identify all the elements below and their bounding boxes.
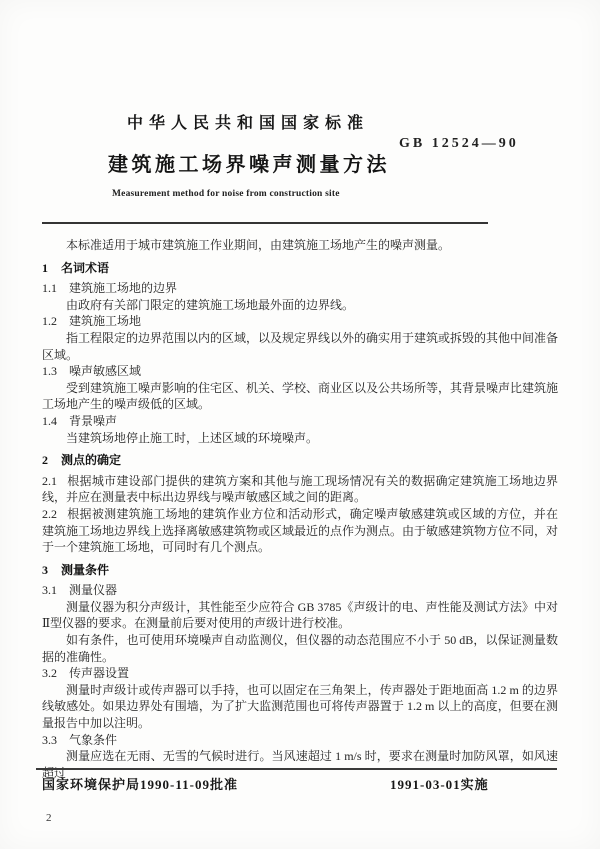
scope-paragraph: 本标准适用于城市建筑施工作业期间，由建筑施工场地产生的噪声测量。 xyxy=(42,237,558,254)
clause-2-2-number: 2.2 xyxy=(42,507,57,521)
section-3-number: 3 xyxy=(42,563,48,577)
clause-1-3-paragraph: 受到建筑施工噪声影响的住宅区、机关、学校、商业区以及公共场所等，其背景噪声比建筑… xyxy=(42,380,558,413)
section-3-title: 测量条件 xyxy=(61,563,109,577)
clause-3-3-number: 3.3 xyxy=(42,733,57,747)
clause-1-4-heading: 1.4背景噪声 xyxy=(42,413,558,430)
clause-3-2-paragraph: 测量时声级计或传声器可以手持，也可以固定在三角架上，传声器处于距地面高 1.2 … xyxy=(42,682,558,732)
clause-2-1-paragraph: 2.1根据城市建设部门提供的建筑方案和其他与施工现场情况有关的数据确定建筑施工场… xyxy=(42,473,558,506)
clause-2-2-text: 根据被测建筑施工场地的建筑作业方位和活动形式，确定噪声敏感建筑或区域的方位，并在… xyxy=(42,507,558,554)
clause-1-2-paragraph: 指工程限定的边界范围以内的区域，以及规定界线以外的确实用于建筑或拆毁的其他中间准… xyxy=(42,330,558,363)
clause-1-1-title: 建筑施工场地的边界 xyxy=(69,281,177,295)
clause-1-3-heading: 1.3噪声敏感区域 xyxy=(42,363,558,380)
clause-1-2-title: 建筑施工场地 xyxy=(69,314,141,328)
document-body: 本标准适用于城市建筑施工作业期间，由建筑施工场地产生的噪声测量。 1名词术语 1… xyxy=(42,237,558,781)
clause-2-2-paragraph: 2.2根据被测建筑施工场地的建筑作业方位和活动形式，确定噪声敏感建筑或区域的方位… xyxy=(42,506,558,556)
clause-1-1-number: 1.1 xyxy=(42,281,57,295)
clause-3-2-number: 3.2 xyxy=(42,666,57,680)
clause-3-1-title: 测量仪器 xyxy=(69,583,117,597)
section-3-heading: 3测量条件 xyxy=(42,562,558,579)
clause-3-1-paragraph-1: 测量仪器为积分声级计，其性能至少应符合 GB 3785《声级计的电、声性能及测试… xyxy=(42,599,558,632)
page-number: 2 xyxy=(46,812,52,824)
section-2-title: 测点的确定 xyxy=(61,453,121,467)
clause-2-1-number: 2.1 xyxy=(42,474,57,488)
clause-3-2-title: 传声器设置 xyxy=(69,666,129,680)
footer-divider xyxy=(36,768,557,770)
section-1-title: 名词术语 xyxy=(61,261,109,275)
section-2-heading: 2测点的确定 xyxy=(42,452,558,469)
clause-1-4-title: 背景噪声 xyxy=(69,414,117,428)
document-title-english: Measurement method for noise from constr… xyxy=(112,189,340,199)
section-1-number: 1 xyxy=(42,261,48,275)
clause-1-4-number: 1.4 xyxy=(42,414,57,428)
section-2-number: 2 xyxy=(42,453,48,467)
approval-authority-date: 国家环境保护局1990-11-09批准 xyxy=(42,774,238,793)
clause-3-1-number: 3.1 xyxy=(42,583,57,597)
standard-label: 中华人民共和国国家标准 xyxy=(127,110,369,133)
clause-1-1-heading: 1.1建筑施工场地的边界 xyxy=(42,280,558,297)
clause-3-3-heading: 3.3气象条件 xyxy=(42,732,558,749)
clause-1-2-number: 1.2 xyxy=(42,314,57,328)
implementation-date: 1991-03-01实施 xyxy=(390,774,489,793)
clause-1-4-paragraph: 当建筑场地停止施工时，上述区域的环境噪声。 xyxy=(42,430,558,447)
header-divider xyxy=(42,222,488,224)
clause-3-3-title: 气象条件 xyxy=(69,733,117,747)
standard-number: GB 12524—90 xyxy=(399,136,519,152)
document-title-chinese: 建筑施工场界噪声测量方法 xyxy=(108,148,390,177)
clause-2-1-text: 根据城市建设部门提供的建筑方案和其他与施工现场情况有关的数据确定建筑施工场地边界… xyxy=(42,474,558,505)
clause-1-3-title: 噪声敏感区域 xyxy=(69,364,141,378)
clause-1-2-heading: 1.2建筑施工场地 xyxy=(42,313,558,330)
section-1-heading: 1名词术语 xyxy=(42,260,558,277)
clause-3-1-heading: 3.1测量仪器 xyxy=(42,582,558,599)
clause-3-2-heading: 3.2传声器设置 xyxy=(42,665,558,682)
document-page: 中华人民共和国国家标准 GB 12524—90 建筑施工场界噪声测量方法 Mea… xyxy=(0,0,600,849)
clause-1-3-number: 1.3 xyxy=(42,364,57,378)
clause-1-1-paragraph: 由政府有关部门限定的建筑施工场地最外面的边界线。 xyxy=(42,297,558,314)
clause-3-1-paragraph-2: 如有条件，也可使用环境噪声自动监测仪，但仪器的动态范围应不小于 50 dB，以保… xyxy=(42,632,558,665)
